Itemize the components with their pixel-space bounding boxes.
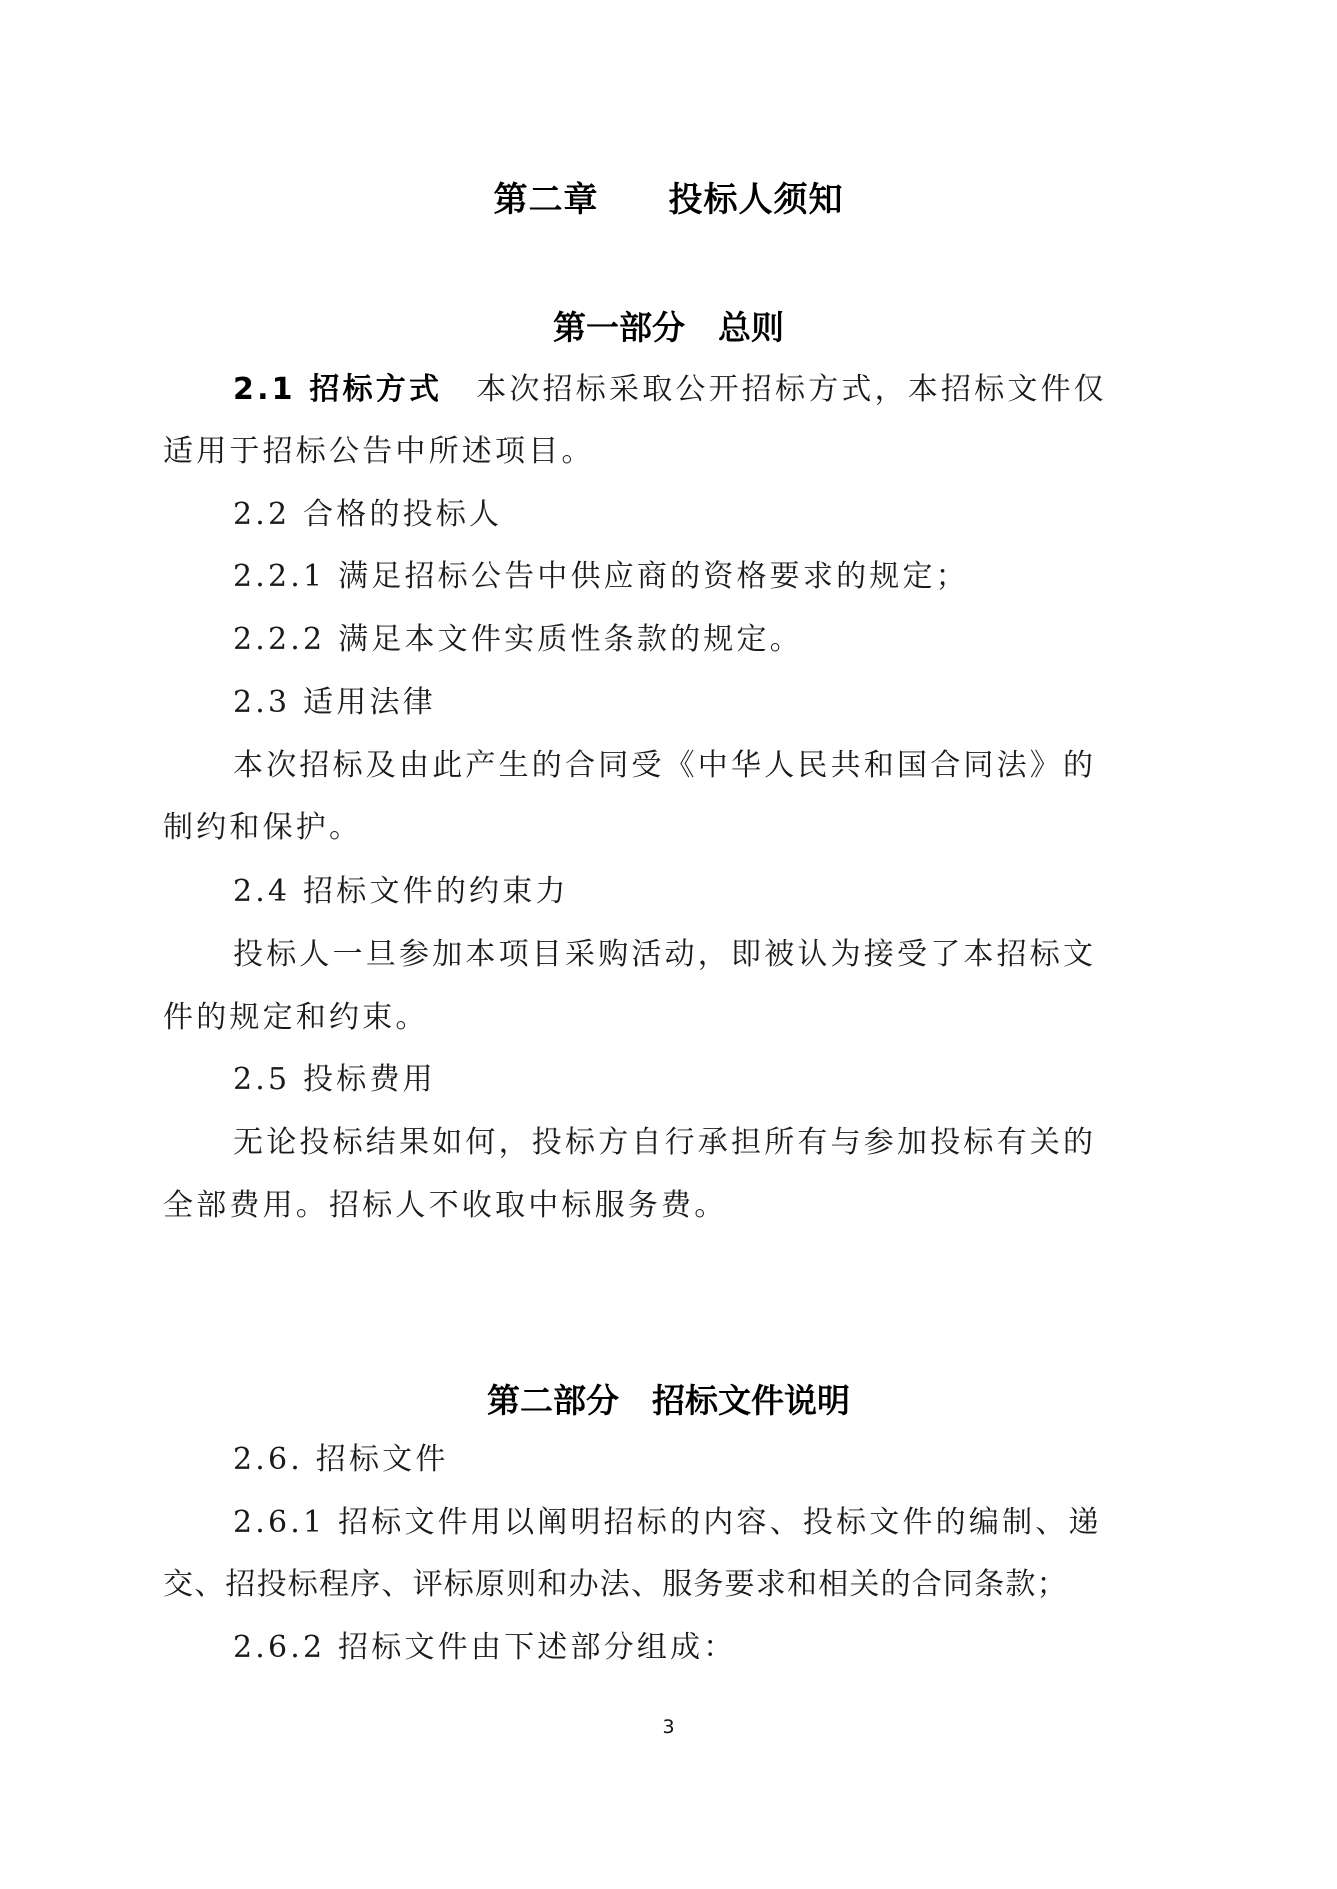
section-2-1-text-cont: 适用于招标公告中所述项目。 (163, 432, 1177, 472)
section-2-3-text-cont: 制约和保护。 (163, 808, 1177, 848)
section-2-5-text: 无论投标结果如何，投标方自行承担所有与参加投标有关的 (233, 1123, 1177, 1163)
document-page: 第二章 投标人须知 第一部分 总则 2.1 招标方式本次招标采取公开招标方式，本… (0, 0, 1337, 1889)
section-2-3-heading: 2.3 适用法律 (233, 683, 1177, 723)
section-2-1-heading: 2.1 招标方式 (233, 372, 442, 407)
chapter-title: 第二章 投标人须知 (0, 172, 1337, 221)
part1-title: 第一部分 总则 (0, 302, 1337, 349)
section-2-5-text-cont: 全部费用。招标人不收取中标服务费。 (163, 1186, 1177, 1226)
section-2-1: 2.1 招标方式本次招标采取公开招标方式，本招标文件仅 (233, 370, 1177, 410)
section-2-6-1: 2.6.1 招标文件用以阐明招标的内容、投标文件的编制、递 (233, 1503, 1177, 1543)
section-2-2-heading: 2.2 合格的投标人 (233, 495, 1177, 535)
section-2-4-text-cont: 件的规定和约束。 (163, 998, 1177, 1038)
section-2-3-text: 本次招标及由此产生的合同受《中华人民共和国合同法》的 (233, 746, 1177, 786)
section-2-6-2: 2.6.2 招标文件由下述部分组成： (233, 1628, 1177, 1668)
section-2-6-heading: 2.6. 招标文件 (233, 1440, 1177, 1480)
section-2-6-1-cont: 交、招投标程序、评标原则和办法、服务要求和相关的合同条款； (163, 1565, 1177, 1605)
page-number: 3 (0, 1716, 1337, 1738)
section-2-1-text: 本次招标采取公开招标方式，本招标文件仅 (476, 372, 1107, 407)
part2-title: 第二部分 招标文件说明 (0, 1375, 1337, 1422)
section-2-4-heading: 2.4 招标文件的约束力 (233, 872, 1177, 912)
section-2-2-2: 2.2.2 满足本文件实质性条款的规定。 (233, 620, 1177, 660)
section-2-5-heading: 2.5 投标费用 (233, 1060, 1177, 1100)
section-2-2-1: 2.2.1 满足招标公告中供应商的资格要求的规定； (233, 557, 1177, 597)
section-2-4-text: 投标人一旦参加本项目采购活动，即被认为接受了本招标文 (233, 935, 1177, 975)
